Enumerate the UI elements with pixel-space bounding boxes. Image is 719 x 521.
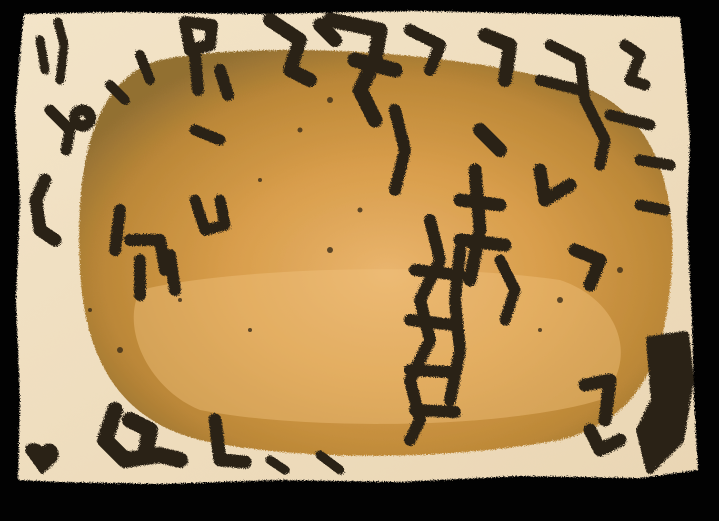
artwork xyxy=(0,0,719,521)
